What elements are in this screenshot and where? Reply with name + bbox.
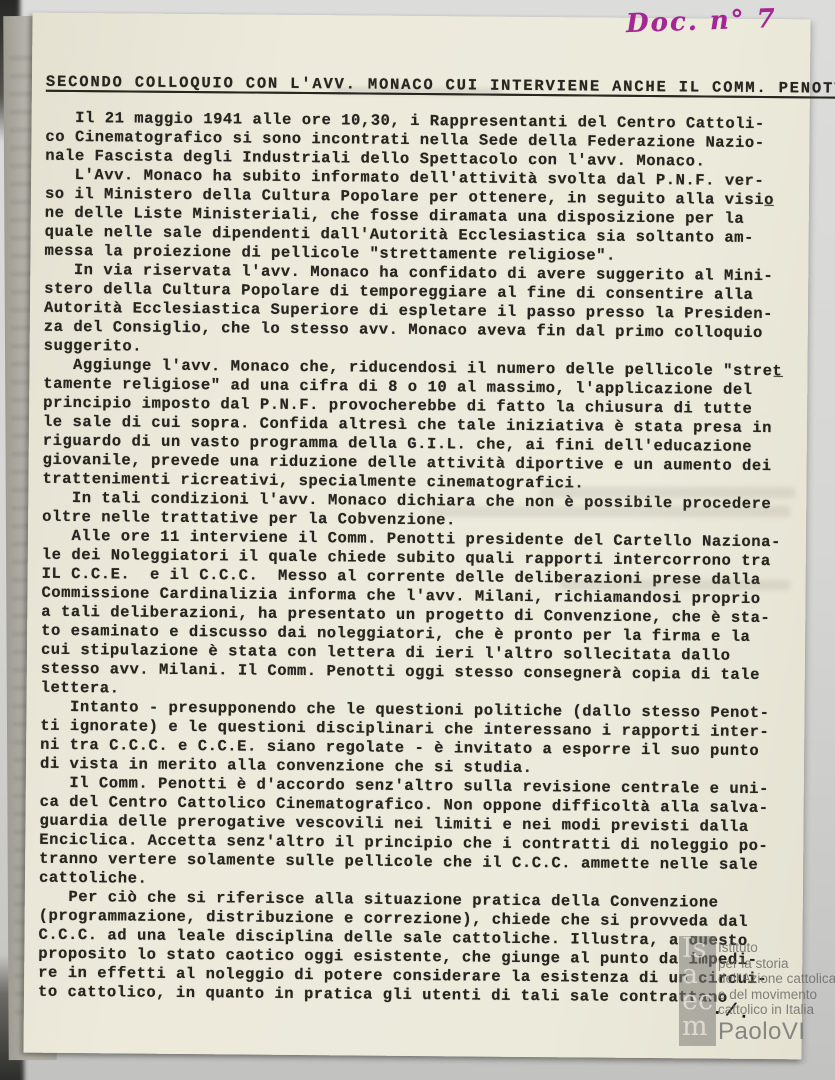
paragraph: Aggiunge l'avv. Monaco che, riducendosi … xyxy=(42,356,795,496)
document-body: Il 21 maggio 1941 alle ore 10,30, i Rapp… xyxy=(38,109,798,1009)
paragraph: In via riservata l'avv. Monaco ha confid… xyxy=(44,261,797,363)
bleed-through-text xyxy=(560,580,790,590)
bleed-through-text xyxy=(430,506,790,517)
scanned-document-photo: SECONDO COLLOQUIO CON L'AVV. MONACO CUI … xyxy=(0,0,835,1080)
watermark-text: Istituto per la storia dell'Azione catto… xyxy=(718,940,835,1045)
watermark-line: dell'Azione cattolica xyxy=(718,971,835,987)
paragraph: Il 21 maggio 1941 alle ore 10,30, i Rapp… xyxy=(45,109,797,173)
archive-watermark: Is a ec m Istituto per la storia dell'Az… xyxy=(679,928,824,1053)
paragraph: Per ciò che si riferisce alla situazione… xyxy=(38,888,791,1009)
watermark-line: cattolico in Italia xyxy=(718,1002,835,1018)
paragraph: Il Comm. Penotti è d'accordo senz'altro … xyxy=(39,774,792,895)
paragraph: Alle ore 11 interviene il Comm. Penotti … xyxy=(41,527,794,705)
document-page: SECONDO COLLOQUIO CON L'AVV. MONACO CUI … xyxy=(23,13,810,1060)
watermark-line: e del movimento xyxy=(718,987,835,1003)
paragraph: Intanto - presupponendo che le questioni… xyxy=(40,698,793,781)
isacem-logo-letters: m xyxy=(679,1014,716,1040)
isacem-logo: Is a ec m xyxy=(679,936,716,1046)
paragraph: L'Avv. Monaco ha subito informato dell'a… xyxy=(44,166,797,268)
watermark-line: Istituto xyxy=(718,940,835,956)
typewritten-content: SECONDO COLLOQUIO CON L'AVV. MONACO CUI … xyxy=(38,73,798,1009)
watermark-line: per la storia xyxy=(718,956,835,972)
document-title: SECONDO COLLOQUIO CON L'AVV. MONACO CUI … xyxy=(46,73,798,99)
watermark-paolovi: PaoloVI xyxy=(718,1019,835,1045)
bleed-through-text xyxy=(540,487,795,498)
handwritten-doc-number: Doc. n° 7 xyxy=(626,3,807,39)
